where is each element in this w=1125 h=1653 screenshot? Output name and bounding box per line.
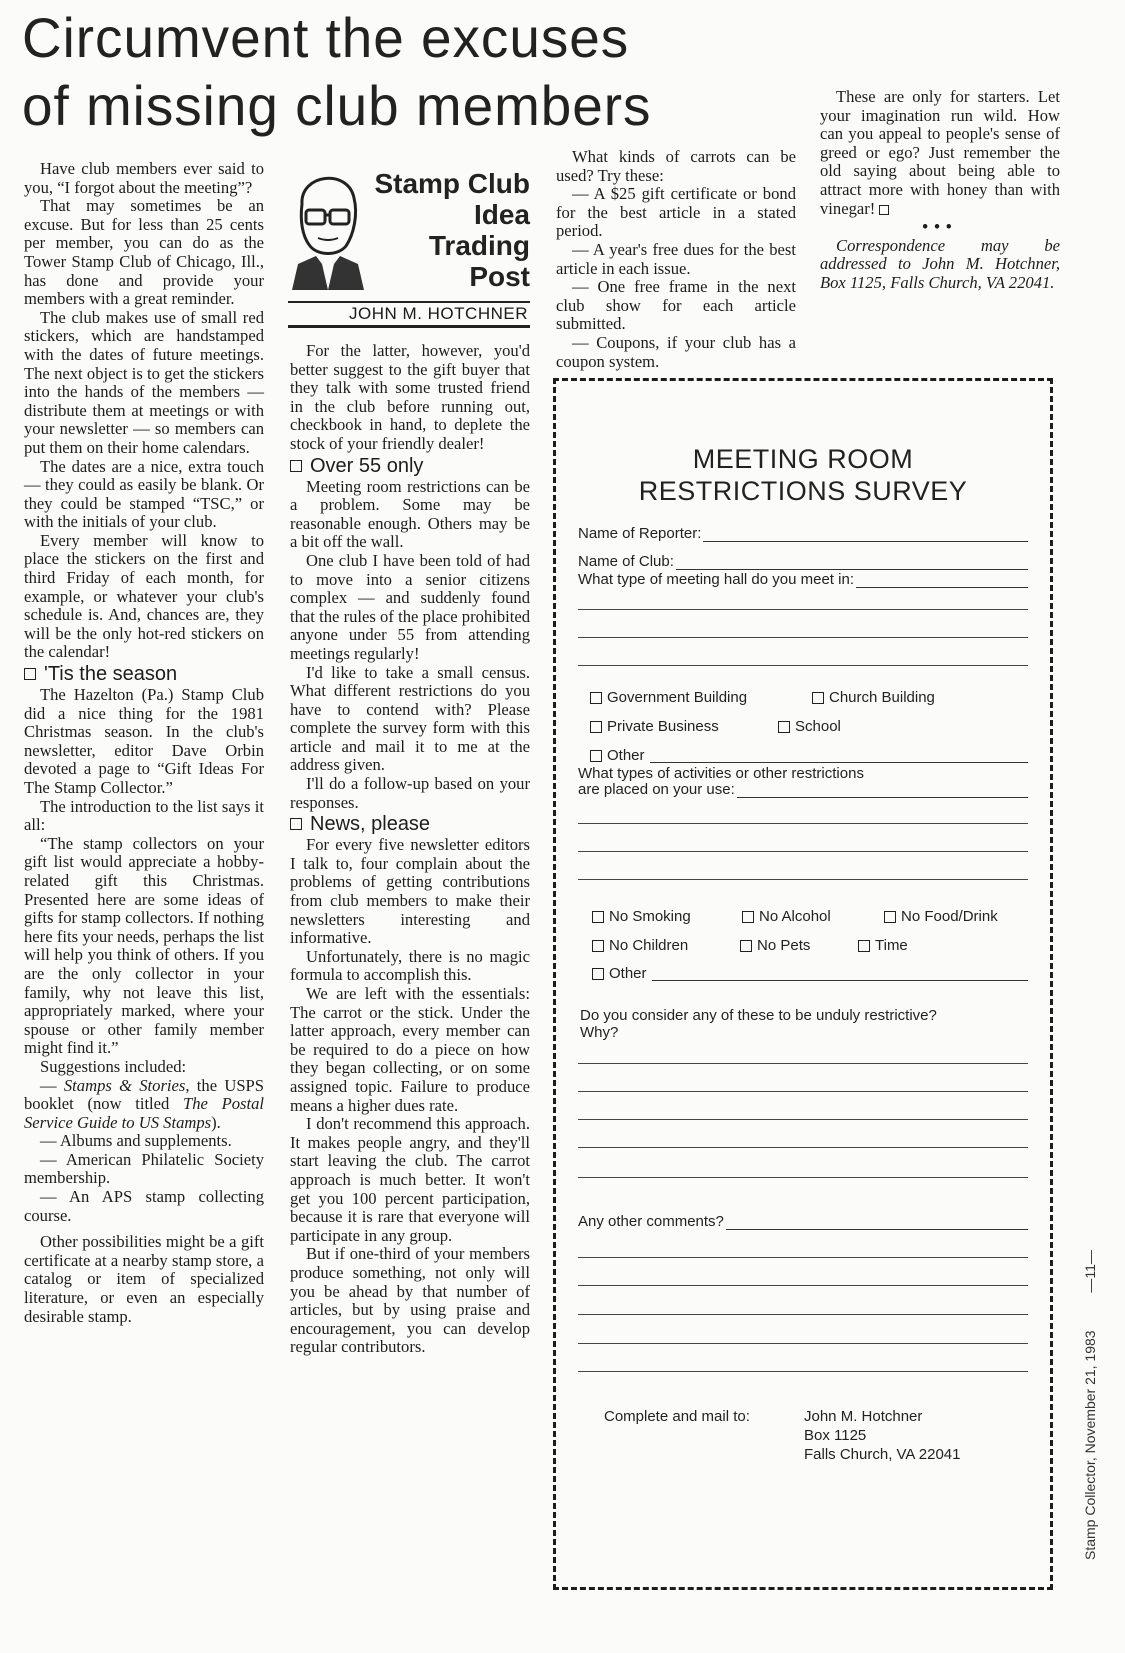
club-name-field[interactable]: Name of Club: [578,553,1028,570]
paragraph: For the latter, however, you'd better su… [290,342,530,454]
paragraph: The club makes use of small red stickers… [24,309,264,458]
publication-date: Stamp Collector, November 21, 1983 [1082,1330,1098,1560]
headline-line-2: of missing club members [22,72,651,140]
paragraph: For every five newsletter editors I talk… [290,836,530,948]
author-portrait-icon [288,164,368,292]
suggestion-item: — Stamps & Stories, the USPS booklet (no… [24,1077,264,1133]
blank-answer-line[interactable] [578,1177,1028,1178]
headline-line-1: Circumvent the excuses [22,4,651,72]
checkbox-icon[interactable] [858,940,870,952]
blank-answer-line[interactable] [578,1091,1028,1092]
square-bullet-icon [290,818,302,830]
section-heading-news-please: News, please [290,812,530,836]
article-headline: Circumvent the excuses of missing club m… [22,4,651,140]
checkbox-icon[interactable] [884,911,896,923]
checkbox-government-building[interactable]: Government Building [590,689,747,706]
column-logo: Stamp Club Idea Trading Post JOHN M. HOT… [288,160,530,326]
paragraph: Meeting room restrictions can be a probl… [290,478,530,552]
activities-field[interactable]: are placed on your use: [578,781,1028,798]
checkbox-time[interactable]: Time [858,937,908,954]
divider [288,301,530,303]
activities-question: What types of activities or other restri… [578,765,864,782]
blank-answer-line[interactable] [578,879,1028,880]
paragraph: That may sometimes be an excuse. But for… [24,197,264,309]
column-4: These are only for starters. Let your im… [820,88,1060,293]
byline: JOHN M. HOTCHNER [349,304,528,324]
checkbox-hall-other[interactable]: Other [590,747,1028,764]
paragraph: Other possibilities might be a gift cert… [24,1233,264,1326]
quote-paragraph: “The stamp collectors on your gift list … [24,835,264,1058]
paragraph: These are only for starters. Let your im… [820,88,1060,218]
suggestion-item: — Albums and supplements. [24,1132,264,1151]
divider [288,325,530,328]
mail-to-label: Complete and mail to: [604,1407,750,1426]
paragraph: Every member will know to place the stic… [24,532,264,662]
paragraph: But if one-third of your members produce… [290,1245,530,1357]
suggestion-item: — An APS stamp collecting course. [24,1188,264,1225]
checkbox-private-business[interactable]: Private Business [590,718,719,735]
blank-answer-line[interactable] [578,637,1028,638]
blank-answer-line[interactable] [578,1119,1028,1120]
blank-answer-line[interactable] [578,1257,1028,1258]
checkbox-icon[interactable] [740,940,752,952]
survey-form: MEETING ROOM RESTRICTIONS SURVEY Name of… [553,378,1053,1590]
blank-answer-line[interactable] [578,851,1028,852]
restrictive-question: Do you consider any of these to be undul… [580,1007,937,1041]
suggestion-item: — American Philatelic Society membership… [24,1151,264,1188]
survey-title: MEETING ROOM RESTRICTIONS SURVEY [556,443,1050,507]
blank-answer-line[interactable] [578,1314,1028,1315]
checkbox-icon[interactable] [778,721,790,733]
paragraph: I don't recommend this approach. It make… [290,1115,530,1245]
end-mark-icon [879,205,889,215]
carrot-item: — One free frame in the next club show f… [556,278,796,334]
separator-dots: ••• [820,218,1060,237]
checkbox-icon[interactable] [812,692,824,704]
carrot-item: — Coupons, if your club has a coupon sys… [556,334,796,371]
paragraph: What kinds of carrots can be used? Try t… [556,148,796,185]
checkbox-icon[interactable] [590,750,602,762]
square-bullet-icon [290,460,302,472]
paragraph: We are left with the essentials: The car… [290,985,530,1115]
checkbox-no-pets[interactable]: No Pets [740,937,810,954]
meeting-hall-field[interactable]: What type of meeting hall do you meet in… [578,571,1028,588]
checkbox-no-food-drink[interactable]: No Food/Drink [884,908,998,925]
paragraph: Unfortunately, there is no magic formula… [290,948,530,985]
page-number: —11— [1082,1250,1098,1293]
blank-answer-line[interactable] [578,823,1028,824]
section-heading-tis-the-season: 'Tis the season [24,662,264,686]
column-title: Stamp Club Idea Trading Post [374,168,530,292]
checkbox-icon[interactable] [590,721,602,733]
blank-answer-line[interactable] [578,1371,1028,1372]
carrot-item: — A year's free dues for the best articl… [556,241,796,278]
paragraph: The dates are a nice, extra touch — they… [24,458,264,532]
checkbox-no-children[interactable]: No Children [592,937,688,954]
paragraph: One club I have been told of had to move… [290,552,530,664]
checkbox-icon[interactable] [592,911,604,923]
section-heading-over-55: Over 55 only [290,454,530,478]
blank-answer-line[interactable] [578,609,1028,610]
comments-field[interactable]: Any other comments? [578,1213,1028,1230]
column-1: Have club members ever said to you, “I f… [24,160,264,1326]
checkbox-icon[interactable] [742,911,754,923]
checkbox-no-alcohol[interactable]: No Alcohol [742,908,831,925]
checkbox-church-building[interactable]: Church Building [812,689,935,706]
blank-answer-line[interactable] [578,1285,1028,1286]
mail-address: John M. Hotchner Box 1125 Falls Church, … [804,1407,960,1464]
checkbox-icon[interactable] [592,968,604,980]
column-3: What kinds of carrots can be used? Try t… [556,148,796,371]
checkbox-icon[interactable] [590,692,602,704]
square-bullet-icon [24,668,36,680]
correspondence-note: Correspondence may be addressed to John … [820,237,1060,293]
blank-answer-line[interactable] [578,1343,1028,1344]
blank-answer-line[interactable] [578,1063,1028,1064]
column-2: For the latter, however, you'd better su… [290,342,530,1357]
paragraph: The Hazelton (Pa.) Stamp Club did a nice… [24,686,264,798]
paragraph: I'll do a follow-up based on your respon… [290,775,530,812]
paragraph: I'd like to take a small census. What di… [290,664,530,776]
checkbox-restriction-other[interactable]: Other [592,965,1028,982]
checkbox-school[interactable]: School [778,718,841,735]
checkbox-icon[interactable] [592,940,604,952]
reporter-name-field[interactable]: Name of Reporter: [578,525,1028,542]
page-footer: Stamp Collector, November 21, 1983 —11— [1082,1250,1098,1560]
blank-answer-line[interactable] [578,665,1028,666]
paragraph: The introduction to the list says it all… [24,798,264,835]
paragraph: Have club members ever said to you, “I f… [24,160,264,197]
blank-answer-line[interactable] [578,1147,1028,1148]
carrot-item: — A $25 gift certificate or bond for the… [556,185,796,241]
checkbox-no-smoking[interactable]: No Smoking [592,908,691,925]
paragraph: Suggestions included: [24,1058,264,1077]
